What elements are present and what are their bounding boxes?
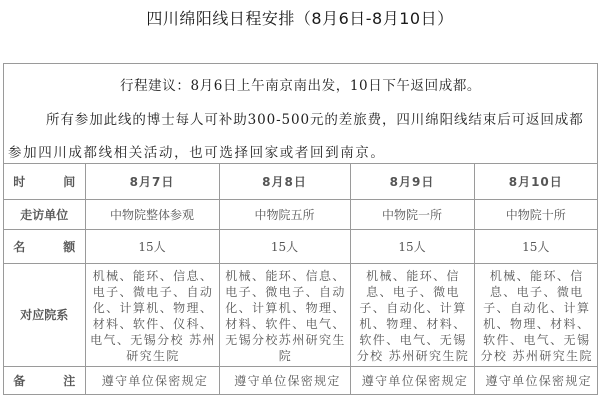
unit-cell: 中物院整体参观 [85,199,219,229]
remark-cell: 遵守单位保密规定 [474,366,597,394]
quota-cell: 15人 [350,229,474,263]
quota-cell: 15人 [85,229,219,263]
travel-suggestion: 行程建议：8月6日上午南京南出发，10日下午返回成都。 [4,74,597,94]
remark-cell: 遵守单位保密规定 [85,366,219,394]
unit-cell: 中物院一所 [350,199,474,229]
travel-notes: 行程建议：8月6日上午南京南出发，10日下午返回成都。 所有参加此线的博士每人可… [4,64,597,164]
row-header-time: 时 间 [4,164,85,199]
quota-cell: 15人 [474,229,597,263]
date-header: 8月10日 [474,164,597,199]
dept-cell: 机械、能环、信息、电子、微电子、自动化、计算机、物理、材料、软件、电气、无锡分校… [219,263,350,366]
dept-cell: 机械、能环、信息、电子、微电子、自动化、计算机、物理、材料、软件、电气、无锡分校… [350,263,474,366]
date-header: 8月8日 [219,164,350,199]
page-title: 四川绵阳线日程安排（8月6日-8月10日） [0,6,600,29]
subsidy-note-continued: 参加四川成都线相关活动，也可选择回家或者回到南京。 [8,141,386,161]
date-header: 8月9日 [350,164,474,199]
unit-cell: 中物院十所 [474,199,597,229]
table-row-dept: 对应院系 机械、能环、信息、电子、微电子、自动化、计算机、物理、材料、软件、仪科… [4,263,597,366]
quota-cell: 15人 [219,229,350,263]
schedule-sheet: 行程建议：8月6日上午南京南出发，10日下午返回成都。 所有参加此线的博士每人可… [3,63,598,395]
table-row-time: 时 间 8月7日 8月8日 8月9日 8月10日 [4,164,597,199]
table-row-remark: 备 注 遵守单位保密规定 遵守单位保密规定 遵守单位保密规定 遵守单位保密规定 [4,366,597,394]
row-header-unit: 走访单位 [4,199,85,229]
row-header-remark: 备 注 [4,366,85,394]
row-header-quota: 名 额 [4,229,85,263]
table-row-quota: 名 额 15人 15人 15人 15人 [4,229,597,263]
row-header-dept: 对应院系 [4,263,85,366]
unit-cell: 中物院五所 [219,199,350,229]
dept-cell: 机械、能环、信息、电子、微电子、自动化、计算机、物理、材料、软件、电气、无锡分校… [474,263,597,366]
dept-cell: 机械、能环、信息、电子、微电子、自动化、计算机、物理、材料、软件、仪科、电气、无… [85,263,219,366]
remark-cell: 遵守单位保密规定 [350,366,474,394]
date-header: 8月7日 [85,164,219,199]
subsidy-note: 所有参加此线的博士每人可补助300-500元的差旅费，四川绵阳线结束后可返回成都 [46,108,584,128]
schedule-table: 时 间 8月7日 8月8日 8月9日 8月10日 走访单位 中物院整体参观 中物… [4,164,597,394]
remark-cell: 遵守单位保密规定 [219,366,350,394]
table-row-unit: 走访单位 中物院整体参观 中物院五所 中物院一所 中物院十所 [4,199,597,229]
